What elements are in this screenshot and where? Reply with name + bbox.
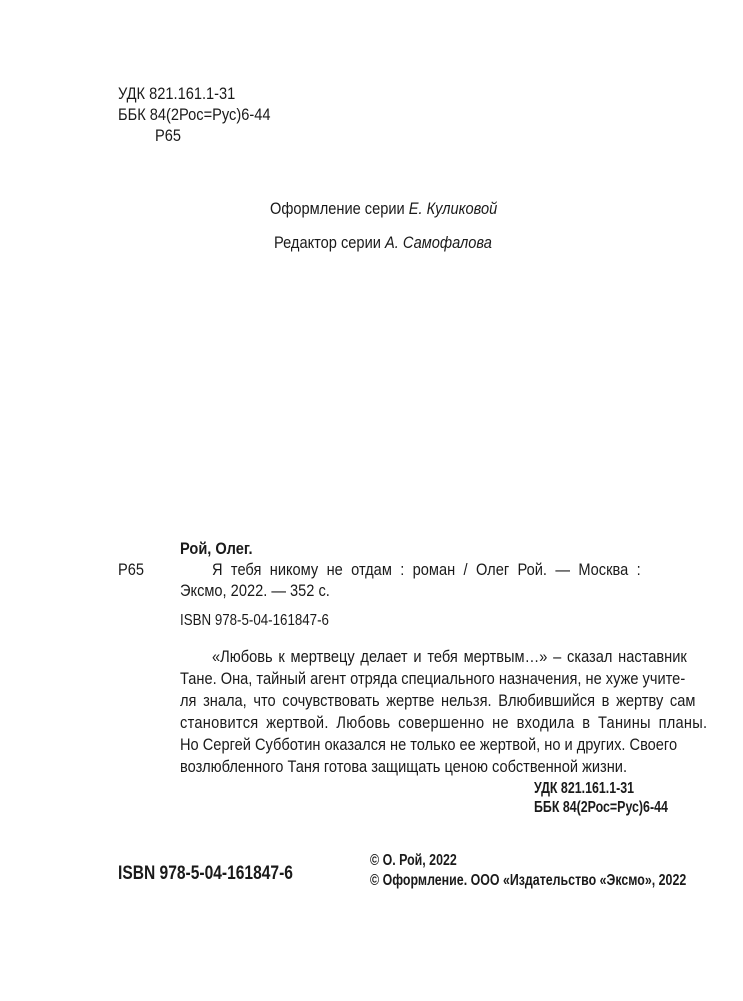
footer-isbn: ISBN 978-5-04-161847-6: [118, 863, 331, 885]
editor-name: А. Самофалова: [385, 233, 492, 252]
series-editor-credit: Редактор серии А. Самофалова: [274, 233, 527, 253]
catalog-description-line2: Эксмо, 2022. — 352 с.: [180, 581, 354, 601]
card-udk: УДК 821.161.1-31: [534, 779, 659, 799]
editor-label: Редактор серии: [274, 233, 381, 252]
card-bbk: ББК 84(2Рос=Рус)6-44: [534, 798, 701, 818]
catalog-author-mark: Р65: [118, 560, 148, 580]
design-label: Оформление серии: [270, 199, 405, 218]
annotation-line: возлюбленного Таня готова защищать ценою…: [180, 757, 700, 777]
bbk-text: ББК 84(2Рос=Рус)6-44: [118, 105, 270, 125]
copyright-author: © О. Рой, 2022: [370, 851, 478, 871]
author-mark-text: Р65: [155, 126, 181, 146]
catalog-description-line1: Я тебя никому не отдам : роман / Олег Ро…: [212, 560, 710, 580]
annotation-line: Тане. Она, тайный агент отряда специальн…: [180, 669, 743, 689]
series-design-credit: Оформление серии Е. Куликовой: [270, 199, 534, 219]
catalog-isbn: ISBN 978-5-04-161847-6: [180, 611, 353, 631]
annotation-line: ля знала, что сочувствовать жертве нельз…: [180, 691, 743, 711]
udk-code: УДК 821.161.1-31: [118, 84, 254, 104]
annotation-line: «Любовь к мертвецу делает и тебя мертвым…: [212, 647, 743, 667]
bbk-code: ББК 84(2Рос=Рус)6-44: [118, 105, 295, 125]
annotation-line: Но Сергей Субботин оказался не только ее…: [180, 735, 743, 755]
copyright-design: © Оформление. ООО «Издательство «Эксмо»,…: [370, 871, 743, 891]
designer-name: Е. Куликовой: [409, 199, 497, 218]
author-mark-top: Р65: [155, 126, 185, 146]
catalog-author: Рой, Олег.: [180, 539, 264, 559]
udk-text: УДК 821.161.1-31: [118, 84, 235, 104]
annotation-line: становится жертвой. Любовь совершенно не…: [180, 713, 743, 733]
